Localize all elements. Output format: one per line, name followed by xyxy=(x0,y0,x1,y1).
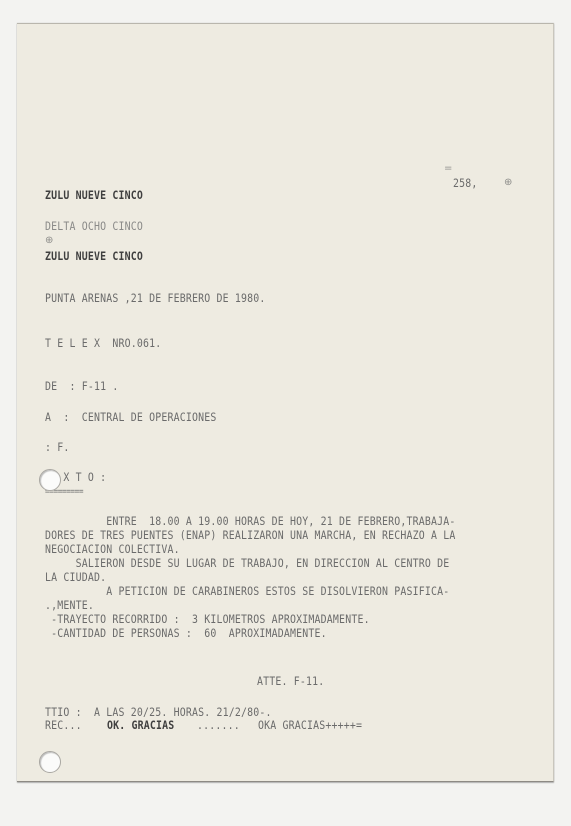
telex-number: T E L E X NRO.061. xyxy=(45,336,161,350)
ok-reply: OK. GRACIAS xyxy=(107,718,174,732)
body-line: -TRAYECTO RECORRIDO : 3 KILOMETROS APROX… xyxy=(45,612,370,626)
oka-reply: OKA GRACIAS+++++= xyxy=(258,718,362,732)
page-number: 258, xyxy=(453,176,478,190)
to-field: A : CENTRAL DE OPERACIONES xyxy=(45,410,217,424)
ttio-line: TTIO : A LAS 20/25. HORAS. 21/2/80-. xyxy=(45,705,272,719)
dots: ....... xyxy=(197,718,240,732)
body-line: ENTRE 18.00 A 19.00 HORAS DE HOY, 21 DE … xyxy=(45,514,455,528)
rec-label: REC... xyxy=(45,718,82,732)
header-line-2: DELTA OCHO CINCO xyxy=(45,219,143,233)
header-line-3: ZULU NUEVE CINCO xyxy=(45,249,143,263)
subject-field: : F. xyxy=(45,440,70,454)
body-line: DORES DE TRES PUENTES (ENAP) REALIZARON … xyxy=(45,528,455,542)
body-line: SALIERON DESDE SU LUGAR DE TRABAJO, EN D… xyxy=(45,556,449,570)
body-line: A PETICION DE CARABINEROS ESTOS SE DISOL… xyxy=(45,584,449,598)
page-mark: = xyxy=(444,163,452,174)
punch-hole xyxy=(39,469,61,491)
from-field: DE : F-11 . xyxy=(45,379,119,393)
body-line: -CANTIDAD DE PERSONAS : 60 APROXIMADAMEN… xyxy=(45,626,327,640)
punch-hole xyxy=(39,751,61,773)
crosshair-mark-icon: ⊕ xyxy=(504,177,512,188)
crosshair-mark-icon: ⊕ xyxy=(45,235,53,246)
body-line: .,MENTE. xyxy=(45,598,94,612)
body-line: NEGOCIACION COLECTIVA. xyxy=(45,542,180,556)
telex-page: = 258, ⊕ ZULU NUEVE CINCO DELTA OCHO CIN… xyxy=(17,23,554,782)
signature: ATTE. F-11. xyxy=(257,674,324,688)
place-date: PUNTA ARENAS ,21 DE FEBRERO DE 1980. xyxy=(45,291,266,305)
header-line-1: ZULU NUEVE CINCO xyxy=(45,188,143,202)
body-line: LA CIUDAD. xyxy=(45,570,106,584)
